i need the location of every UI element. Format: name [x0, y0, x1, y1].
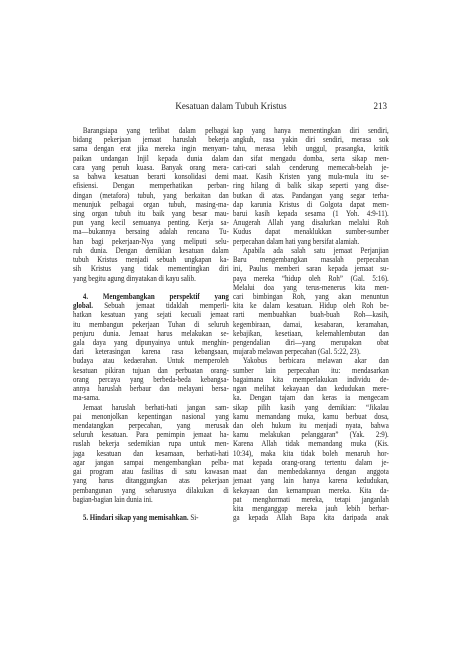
text-column-left: Barangsiapa yang terlibat dalam pelbagai…	[73, 126, 229, 522]
page-number: 213	[374, 100, 388, 112]
text-column-right: kap yang hanya mementingkan diri sendiri…	[233, 126, 389, 522]
running-head-title: Kesatuan dalam Tubuh Kristus	[175, 101, 286, 111]
bold-heading-text: 5. Hindari sikap yang memisahkan.	[83, 512, 189, 522]
text-line: ga kepada Allah Bapa kita daripada anak	[233, 513, 389, 522]
running-head: Kesatuan dalam Tubuh Kristus 213	[73, 100, 389, 112]
text-line: 5. Hindari sikap yang memisahkan. Si-	[73, 513, 229, 522]
text-line: bagian-bagian lain dunia ini.	[73, 495, 229, 504]
text-body: Barangsiapa yang terlibat dalam pelbagai…	[73, 126, 389, 526]
text-line: yang begitu agung dinyatakan di kayu sal…	[73, 274, 229, 283]
book-page: Kesatuan dalam Tubuh Kristus 213 Barangs…	[0, 0, 460, 650]
